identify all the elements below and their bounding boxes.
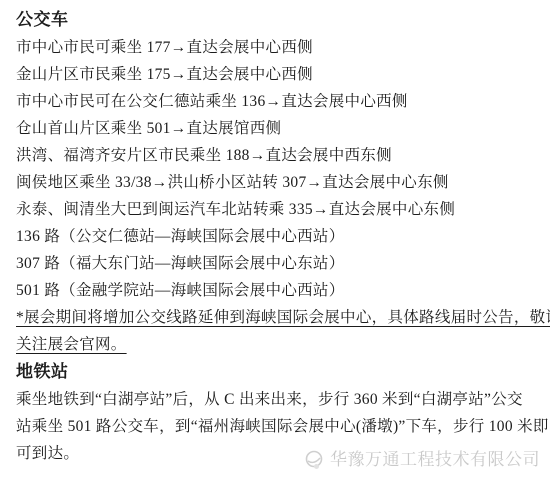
metro-directions-line: 站乘坐 501 路公交车，到“福州海峡国际会展中心(潘墩)”下车，步行 100 … [16,413,538,440]
bus-route-detail-line: 501 路（金融学院站—海峡国际会展中心西站） [16,277,538,304]
watermark: 华豫万通工程技术有限公司 [303,449,540,471]
bus-route-line: 金山片区市民乘坐 175→直达会展中心西侧 [16,61,538,88]
bus-route-detail-line: 136 路（公交仁德站—海峡国际会展中心西站） [16,223,538,250]
globe-logo-icon [303,449,325,471]
bus-route-line: 洪湾、福湾齐安片区市民乘坐 188→直达会展中西东侧 [16,142,538,169]
document-page: 公交车 市中心市民可乘坐 177→直达会展中心西侧 金山片区市民乘坐 175→直… [0,0,550,479]
bus-note-line: 关注展会官网。 [16,331,538,358]
watermark-company-name: 华豫万通工程技术有限公司 [330,449,540,471]
bus-note-line: *展会期间将增加公交线路延伸到海峡国际会展中心，具体路线届时公告，敬请 [16,304,538,331]
bus-route-detail-line: 307 路（福大东门站—海峡国际会展中心东站） [16,250,538,277]
bus-route-line: 永泰、闽清坐大巴到闽运汽车北站转乘 335→直达会展中心东侧 [16,196,538,223]
bus-route-line: 仓山首山片区乘坐 501→直达展馆西侧 [16,115,538,142]
bus-route-line: 市中心市民可在公交仁德站乘坐 136→直达会展中心西侧 [16,88,538,115]
bus-route-line: 闽侯地区乘坐 33/38→洪山桥小区站转 307→直达会展中心东侧 [16,169,538,196]
metro-section-title: 地铁站 [16,358,538,386]
metro-directions-line: 乘坐地铁到“白湖亭站”后，从 C 出来出来，步行 360 米到“白湖亭站”公交 [16,386,538,413]
bus-route-line: 市中心市民可乘坐 177→直达会展中心西侧 [16,34,538,61]
bus-section-title: 公交车 [16,6,538,34]
